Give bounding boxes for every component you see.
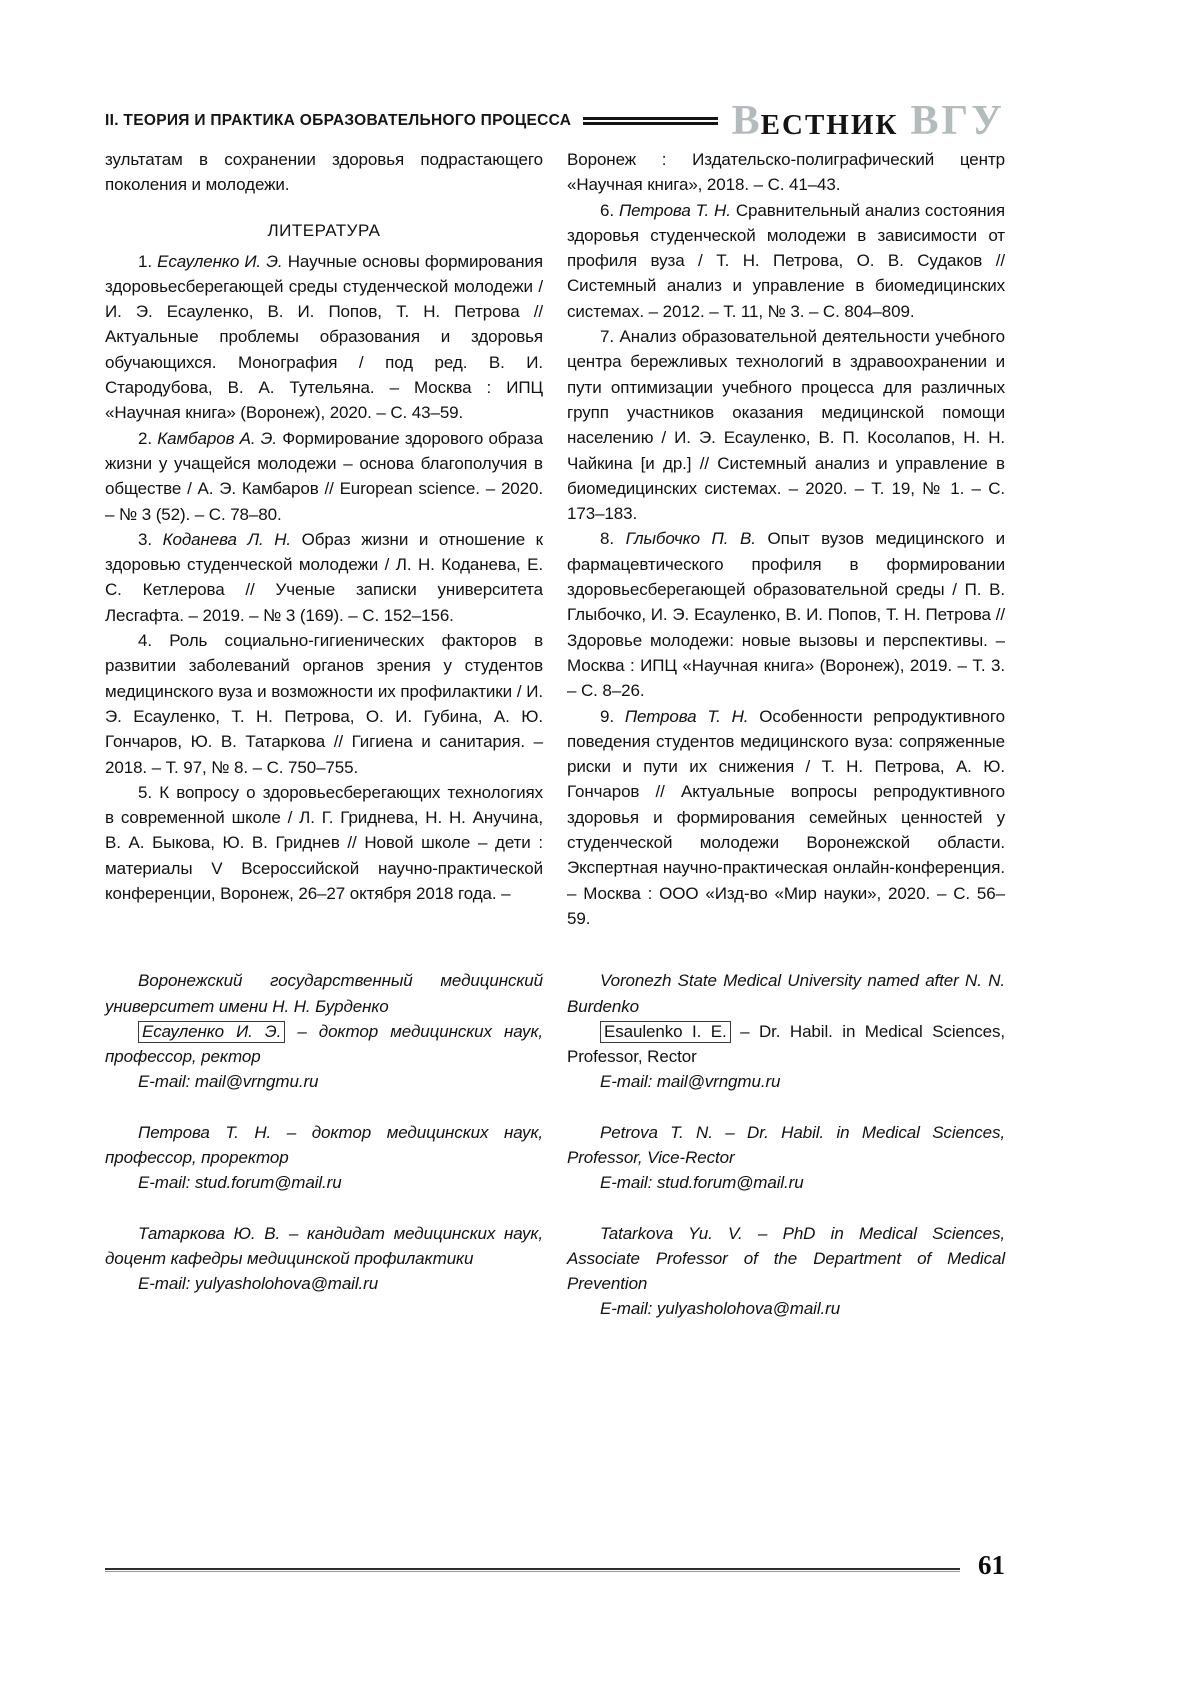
author-entry-en-2: Petrova T. N. – Dr. Habil. in Medical Sc… <box>567 1120 1005 1171</box>
author-email-ru-3: E-mail: yulyasholohova@mail.ru <box>105 1271 543 1296</box>
author-entry-en-1: Esaulenko I. E. – Dr. Habil. in Medical … <box>567 1019 1005 1070</box>
author-group-ru-2: Петрова Т. Н. – доктор медицинских наук,… <box>105 1120 543 1196</box>
author-email-en-2: E-mail: stud.forum@mail.ru <box>567 1170 1005 1195</box>
header-double-rule <box>583 117 717 125</box>
author-name-boxed: Esaulenko I. E. <box>600 1021 731 1043</box>
reference-authors: Камбаров А. Э. <box>157 429 282 448</box>
reference-number: 4. <box>138 631 169 650</box>
references-heading: ЛИТЕРАТУРА <box>105 221 543 241</box>
author-entry-en-3: Tatarkova Yu. V. – PhD in Medical Scienc… <box>567 1221 1005 1297</box>
reference-number: 9. <box>600 707 625 726</box>
page-footer: 61 <box>105 1550 1005 1581</box>
author-name: Petrova T. N. <box>600 1123 713 1142</box>
references-columns: зультатам в сохранении здоровья подраста… <box>105 147 1005 931</box>
reference-text: Опыт вузов медицинского и фармацевтическ… <box>567 529 1005 700</box>
author-email-ru-2: E-mail: stud.forum@mail.ru <box>105 1170 543 1195</box>
reference-number: 1. <box>138 252 157 271</box>
reference-item-6: 6. Петрова Т. Н. Сравнительный анализ со… <box>567 198 1005 324</box>
author-group-en-3: Tatarkova Yu. V. – PhD in Medical Scienc… <box>567 1221 1005 1322</box>
author-email-en-3: E-mail: yulyasholohova@mail.ru <box>567 1296 1005 1321</box>
reference-item-9: 9. Петрова Т. Н. Особенности репродуктив… <box>567 704 1005 932</box>
paragraph-continuation: Воронеж : Издательско-полиграфический це… <box>567 147 1005 198</box>
reference-authors: Глыбочко П. В. <box>626 529 768 548</box>
author-entry-ru-2: Петрова Т. Н. – доктор медицинских наук,… <box>105 1120 543 1171</box>
reference-authors: Есауленко И. Э. <box>157 252 288 271</box>
authors-english: Voronezh State Medical University named … <box>567 968 1005 1347</box>
author-name: Петрова Т. Н. <box>138 1123 271 1142</box>
reference-item-8: 8. Глыбочко П. В. Опыт вузов медицинског… <box>567 526 1005 703</box>
author-group-ru-3: Татаркова Ю. В. – кандидат медицинских н… <box>105 1221 543 1297</box>
logo-initial-letter: В <box>732 98 761 144</box>
reference-item-3: 3. Коданева Л. Н. Образ жизни и отношени… <box>105 527 543 628</box>
reference-number: 7. <box>600 327 620 346</box>
author-group-en-2: Petrova T. N. – Dr. Habil. in Medical Sc… <box>567 1120 1005 1196</box>
section-title: II. ТЕОРИЯ И ПРАКТИКА ОБРАЗОВАТЕЛЬНОГО П… <box>105 112 571 130</box>
reference-item-5: 5. К вопросу о здоровьесберегающих техно… <box>105 780 543 906</box>
reference-item-2: 2. Камбаров А. Э. Формирование здорового… <box>105 426 543 527</box>
author-entry-ru-1: Есауленко И. Э. – доктор медицинских нау… <box>105 1019 543 1070</box>
reference-text: Анализ образовательной деятельности учеб… <box>567 327 1005 523</box>
author-group-en-1: Voronezh State Medical University named … <box>567 968 1005 1094</box>
reference-text: Роль социально-гигиенических факторов в … <box>105 631 543 776</box>
logo-acronym: ВГУ <box>910 98 1005 144</box>
reference-number: 8. <box>600 529 626 548</box>
author-group-ru-1: Воронежский государственный медицинский … <box>105 968 543 1094</box>
reference-text: Научные основы формирования здоровьесбер… <box>105 252 543 423</box>
author-name: Татаркова Ю. В. <box>138 1224 280 1243</box>
reference-number: 2. <box>138 429 157 448</box>
reference-number: 6. <box>600 201 619 220</box>
authors-russian: Воронежский государственный медицинский … <box>105 968 543 1347</box>
journal-logo: ВЕСТНИКВГУ <box>732 100 1005 142</box>
reference-authors: Петрова Т. Н. <box>619 201 736 220</box>
affiliation-ru: Воронежский государственный медицинский … <box>105 968 543 1019</box>
reference-item-7: 7. Анализ образовательной деятельности у… <box>567 324 1005 526</box>
reference-item-1: 1. Есауленко И. Э. Научные основы формир… <box>105 249 543 426</box>
author-entry-ru-3: Татаркова Ю. В. – кандидат медицинских н… <box>105 1221 543 1272</box>
logo-word-rest: ЕСТНИК <box>761 109 899 141</box>
reference-number: 5. <box>138 783 159 802</box>
affiliation-en: Voronezh State Medical University named … <box>567 968 1005 1019</box>
footer-rule <box>105 1568 960 1572</box>
journal-page: II. ТЕОРИЯ И ПРАКТИКА ОБРАЗОВАТЕЛЬНОГО П… <box>0 0 1200 1697</box>
reference-text: К вопросу о здоровьесберегающих технолог… <box>105 783 543 903</box>
reference-authors: Петрова Т. Н. <box>625 707 759 726</box>
author-email-en-1: E-mail: mail@vrngmu.ru <box>567 1069 1005 1094</box>
author-name: Tatarkova Yu. V. <box>600 1224 743 1243</box>
author-email-ru-1: E-mail: mail@vrngmu.ru <box>105 1069 543 1094</box>
page-number: 61 <box>978 1550 1005 1581</box>
reference-number: 3. <box>138 530 163 549</box>
right-column: Воронеж : Издательско-полиграфический це… <box>567 147 1005 931</box>
reference-authors: Коданева Л. Н. <box>163 530 302 549</box>
authors-section: Воронежский государственный медицинский … <box>105 968 1005 1347</box>
paragraph-continuation: зультатам в сохранении здоровья подраста… <box>105 147 543 198</box>
reference-item-4: 4. Роль социально-гигиенических факторов… <box>105 628 543 780</box>
page-header: II. ТЕОРИЯ И ПРАКТИКА ОБРАЗОВАТЕЛЬНОГО П… <box>105 100 1005 142</box>
page-content: зультатам в сохранении здоровья подраста… <box>105 147 1005 1347</box>
reference-text: Особенности репродуктивного поведения ст… <box>567 707 1005 928</box>
left-column: зультатам в сохранении здоровья подраста… <box>105 147 543 931</box>
author-name-boxed: Есауленко И. Э. <box>138 1021 285 1043</box>
